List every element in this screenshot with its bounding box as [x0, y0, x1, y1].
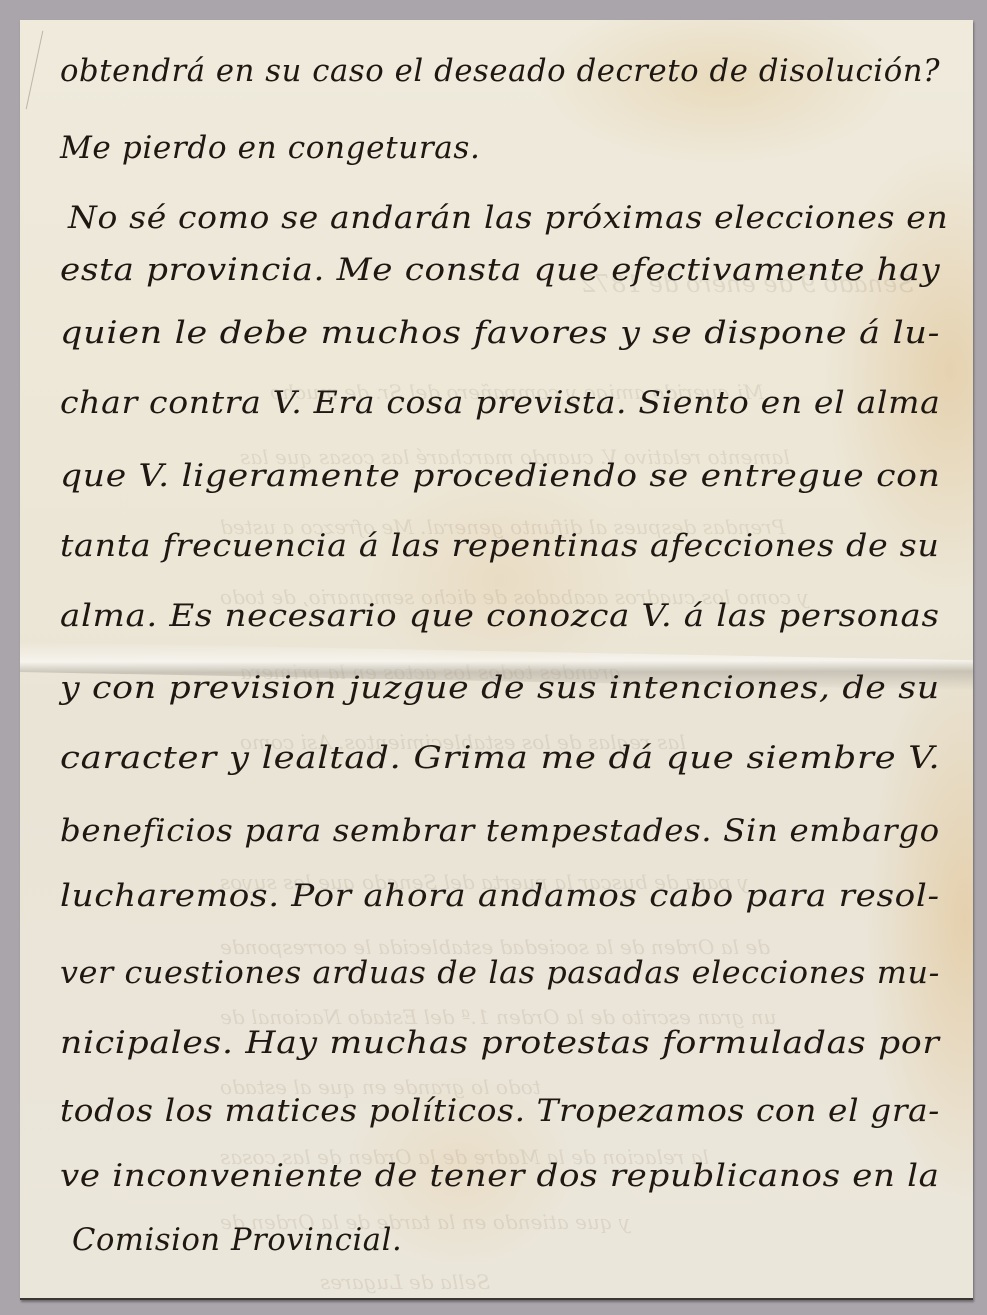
text-line: nicipales. Hay muchas protestas formulad…: [60, 1025, 940, 1061]
text-line: quien le debe muchos favores y se dispon…: [60, 315, 940, 351]
text-line: No sé como se andarán las próximas elecc…: [68, 200, 948, 236]
text-line: todos los matices políticos. Tropezamos …: [60, 1093, 940, 1129]
text-line: y con prevision juzgue de sus intencione…: [60, 670, 940, 706]
bleed-through-line: Sella de Lugares: [320, 1270, 490, 1294]
text-line: ve inconveniente de tener dos republican…: [60, 1158, 940, 1194]
letter-page: Senado 9 de enero de 1872Mi querido amig…: [20, 20, 973, 1300]
text-line: caracter y lealtad. Grima me dá que siem…: [60, 740, 940, 776]
text-line: obtendrá en su caso el deseado decreto d…: [60, 53, 940, 89]
text-line: esta provincia. Me consta que efectivame…: [60, 252, 940, 288]
text-line: tanta frecuencia á las repentinas afecci…: [60, 528, 940, 564]
text-line: ver cuestiones arduas de las pasadas ele…: [60, 955, 940, 991]
text-line: lucharemos. Por ahora andamos cabo para …: [60, 878, 940, 914]
paper-crease: [26, 31, 44, 109]
text-line: Me pierdo en congeturas.: [60, 130, 480, 166]
text-line: char contra V. Era cosa prevista. Siento…: [60, 385, 940, 421]
signature-line: Comision Provincial.: [72, 1222, 402, 1258]
text-line: alma. Es necesario que conozca V. á las …: [60, 598, 940, 634]
text-line: beneficios para sembrar tempestades. Sin…: [60, 813, 940, 849]
text-line: que V. ligeramente procediendo se entreg…: [60, 458, 941, 494]
